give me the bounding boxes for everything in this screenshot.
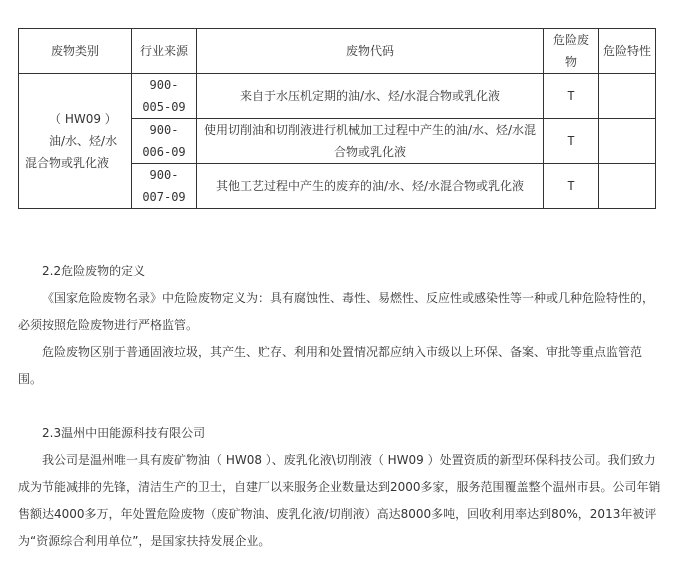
- category-name: 油/水、烃/水混合物或乳化液: [25, 130, 125, 174]
- header-industry-source: 行业来源: [132, 29, 197, 74]
- header-hazardous: 危险废物: [544, 29, 599, 74]
- description-cell: 来自于水压机定期的油/水、烃/水混合物或乳化液: [197, 74, 544, 119]
- category-cell: （ HW09 ） 油/水、烃/水混合物或乳化液: [19, 74, 132, 209]
- paragraph: 危险废物区别于普通固液垃圾，其产生、贮存、利用和处置情况都应纳入市级以上环保、备…: [18, 339, 663, 393]
- paragraph: 《国家危险废物名录》中危险废物定义为：具有腐蚀性、毒性、易燃性、反应性或感染性等…: [18, 285, 663, 339]
- header-hazard-property: 危险特性: [599, 29, 656, 74]
- industry-source-cell: 900-007-09: [132, 164, 197, 209]
- hazardous-cell: T: [544, 119, 599, 164]
- category-code: （ HW09 ）: [25, 108, 125, 130]
- table-header-row: 废物类别 行业来源 废物代码 危险废物 危险特性: [19, 29, 656, 74]
- section-heading-company: 2.3温州中田能源科技有限公司: [18, 420, 663, 447]
- hazardous-cell: T: [544, 74, 599, 119]
- description-cell: 其他工艺过程中产生的废弃的油/水、烃/水混合物或乳化液: [197, 164, 544, 209]
- section-heading-definition: 2.2危险废物的定义: [18, 258, 663, 285]
- hazardous-cell: T: [544, 164, 599, 209]
- paragraph: 我公司是温州唯一具有废矿物油（ HW08 ）、废乳化液\切削液（ HW09 ）处…: [18, 447, 663, 555]
- hazard-property-cell: [599, 74, 656, 119]
- header-category: 废物类别: [19, 29, 132, 74]
- industry-source-cell: 900-005-09: [132, 74, 197, 119]
- header-waste-code: 废物代码: [197, 29, 544, 74]
- table-row: （ HW09 ） 油/水、烃/水混合物或乳化液 900-005-09 来自于水压…: [19, 74, 656, 119]
- hazard-property-cell: [599, 164, 656, 209]
- industry-source-cell: 900-006-09: [132, 119, 197, 164]
- hazardous-waste-table: 废物类别 行业来源 废物代码 危险废物 危险特性 （ HW09 ） 油/水、烃/…: [18, 28, 656, 209]
- description-cell: 使用切削油和切削液进行机械加工过程中产生的油/水、烃/水混合物或乳化液: [197, 119, 544, 164]
- hazard-property-cell: [599, 119, 656, 164]
- spacer: [18, 393, 663, 420]
- article-body: 2.2危险废物的定义 《国家危险废物名录》中危险废物定义为：具有腐蚀性、毒性、易…: [18, 258, 663, 555]
